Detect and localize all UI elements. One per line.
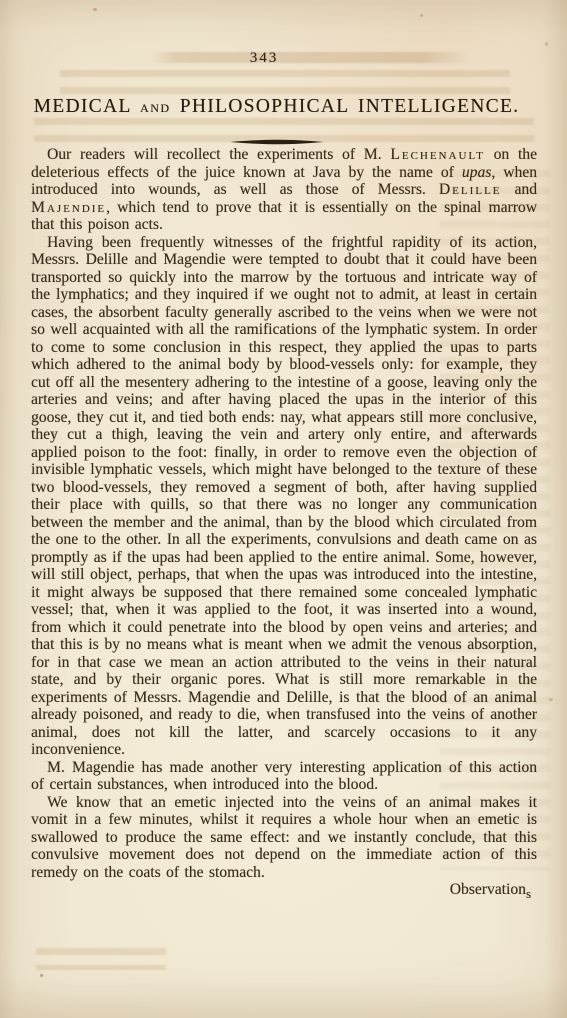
swelled-rule bbox=[0, 132, 554, 150]
small-caps-name: Delille bbox=[439, 181, 502, 198]
catchword-main: Observation bbox=[450, 881, 526, 898]
swelled-rule-shape bbox=[230, 139, 324, 145]
foxing-speck bbox=[93, 8, 97, 11]
bleed-through-block bbox=[60, 70, 510, 96]
scanned-book-page: 343 MEDICAL and PHILOSOPHICAL INTELLIGEN… bbox=[0, 0, 567, 1018]
title-part1: MEDICAL bbox=[34, 96, 131, 117]
paragraph: Our readers will recollect the experimen… bbox=[31, 146, 537, 234]
title-conjunction: and bbox=[140, 97, 171, 116]
italic-term: upas bbox=[462, 164, 491, 181]
page-number: 343 bbox=[0, 50, 528, 67]
text-run: , which tend to prove that it is essenti… bbox=[31, 199, 537, 234]
foxing-speck bbox=[40, 974, 43, 977]
bleed-through-block bbox=[36, 948, 166, 970]
paragraph: M. Magendie has made another very intere… bbox=[31, 759, 537, 794]
page-title: MEDICAL and PHILOSOPHICAL INTELLIGENCE. bbox=[28, 96, 525, 118]
text-run: M. Magendie has made another very intere… bbox=[31, 759, 537, 794]
catchword: Observations bbox=[31, 881, 537, 899]
paragraph: We know that an emetic injected into the… bbox=[31, 794, 537, 882]
foxing-speck bbox=[549, 698, 553, 701]
foxing-speck bbox=[420, 14, 423, 17]
text-run: and bbox=[501, 181, 537, 198]
title-part2: PHILOSOPHICAL INTELLIGENCE. bbox=[180, 96, 520, 117]
text-run: We know that an emetic injected into the… bbox=[31, 794, 537, 881]
paragraph: Having been frequently witnesses of the … bbox=[31, 234, 537, 759]
catchword-tail: s bbox=[526, 885, 531, 903]
small-caps-name: Majendie bbox=[31, 199, 106, 216]
text-run: Having been frequently witnesses of the … bbox=[31, 234, 537, 759]
foxing-speck bbox=[545, 42, 548, 46]
article-body: Our readers will recollect the experimen… bbox=[31, 146, 537, 899]
